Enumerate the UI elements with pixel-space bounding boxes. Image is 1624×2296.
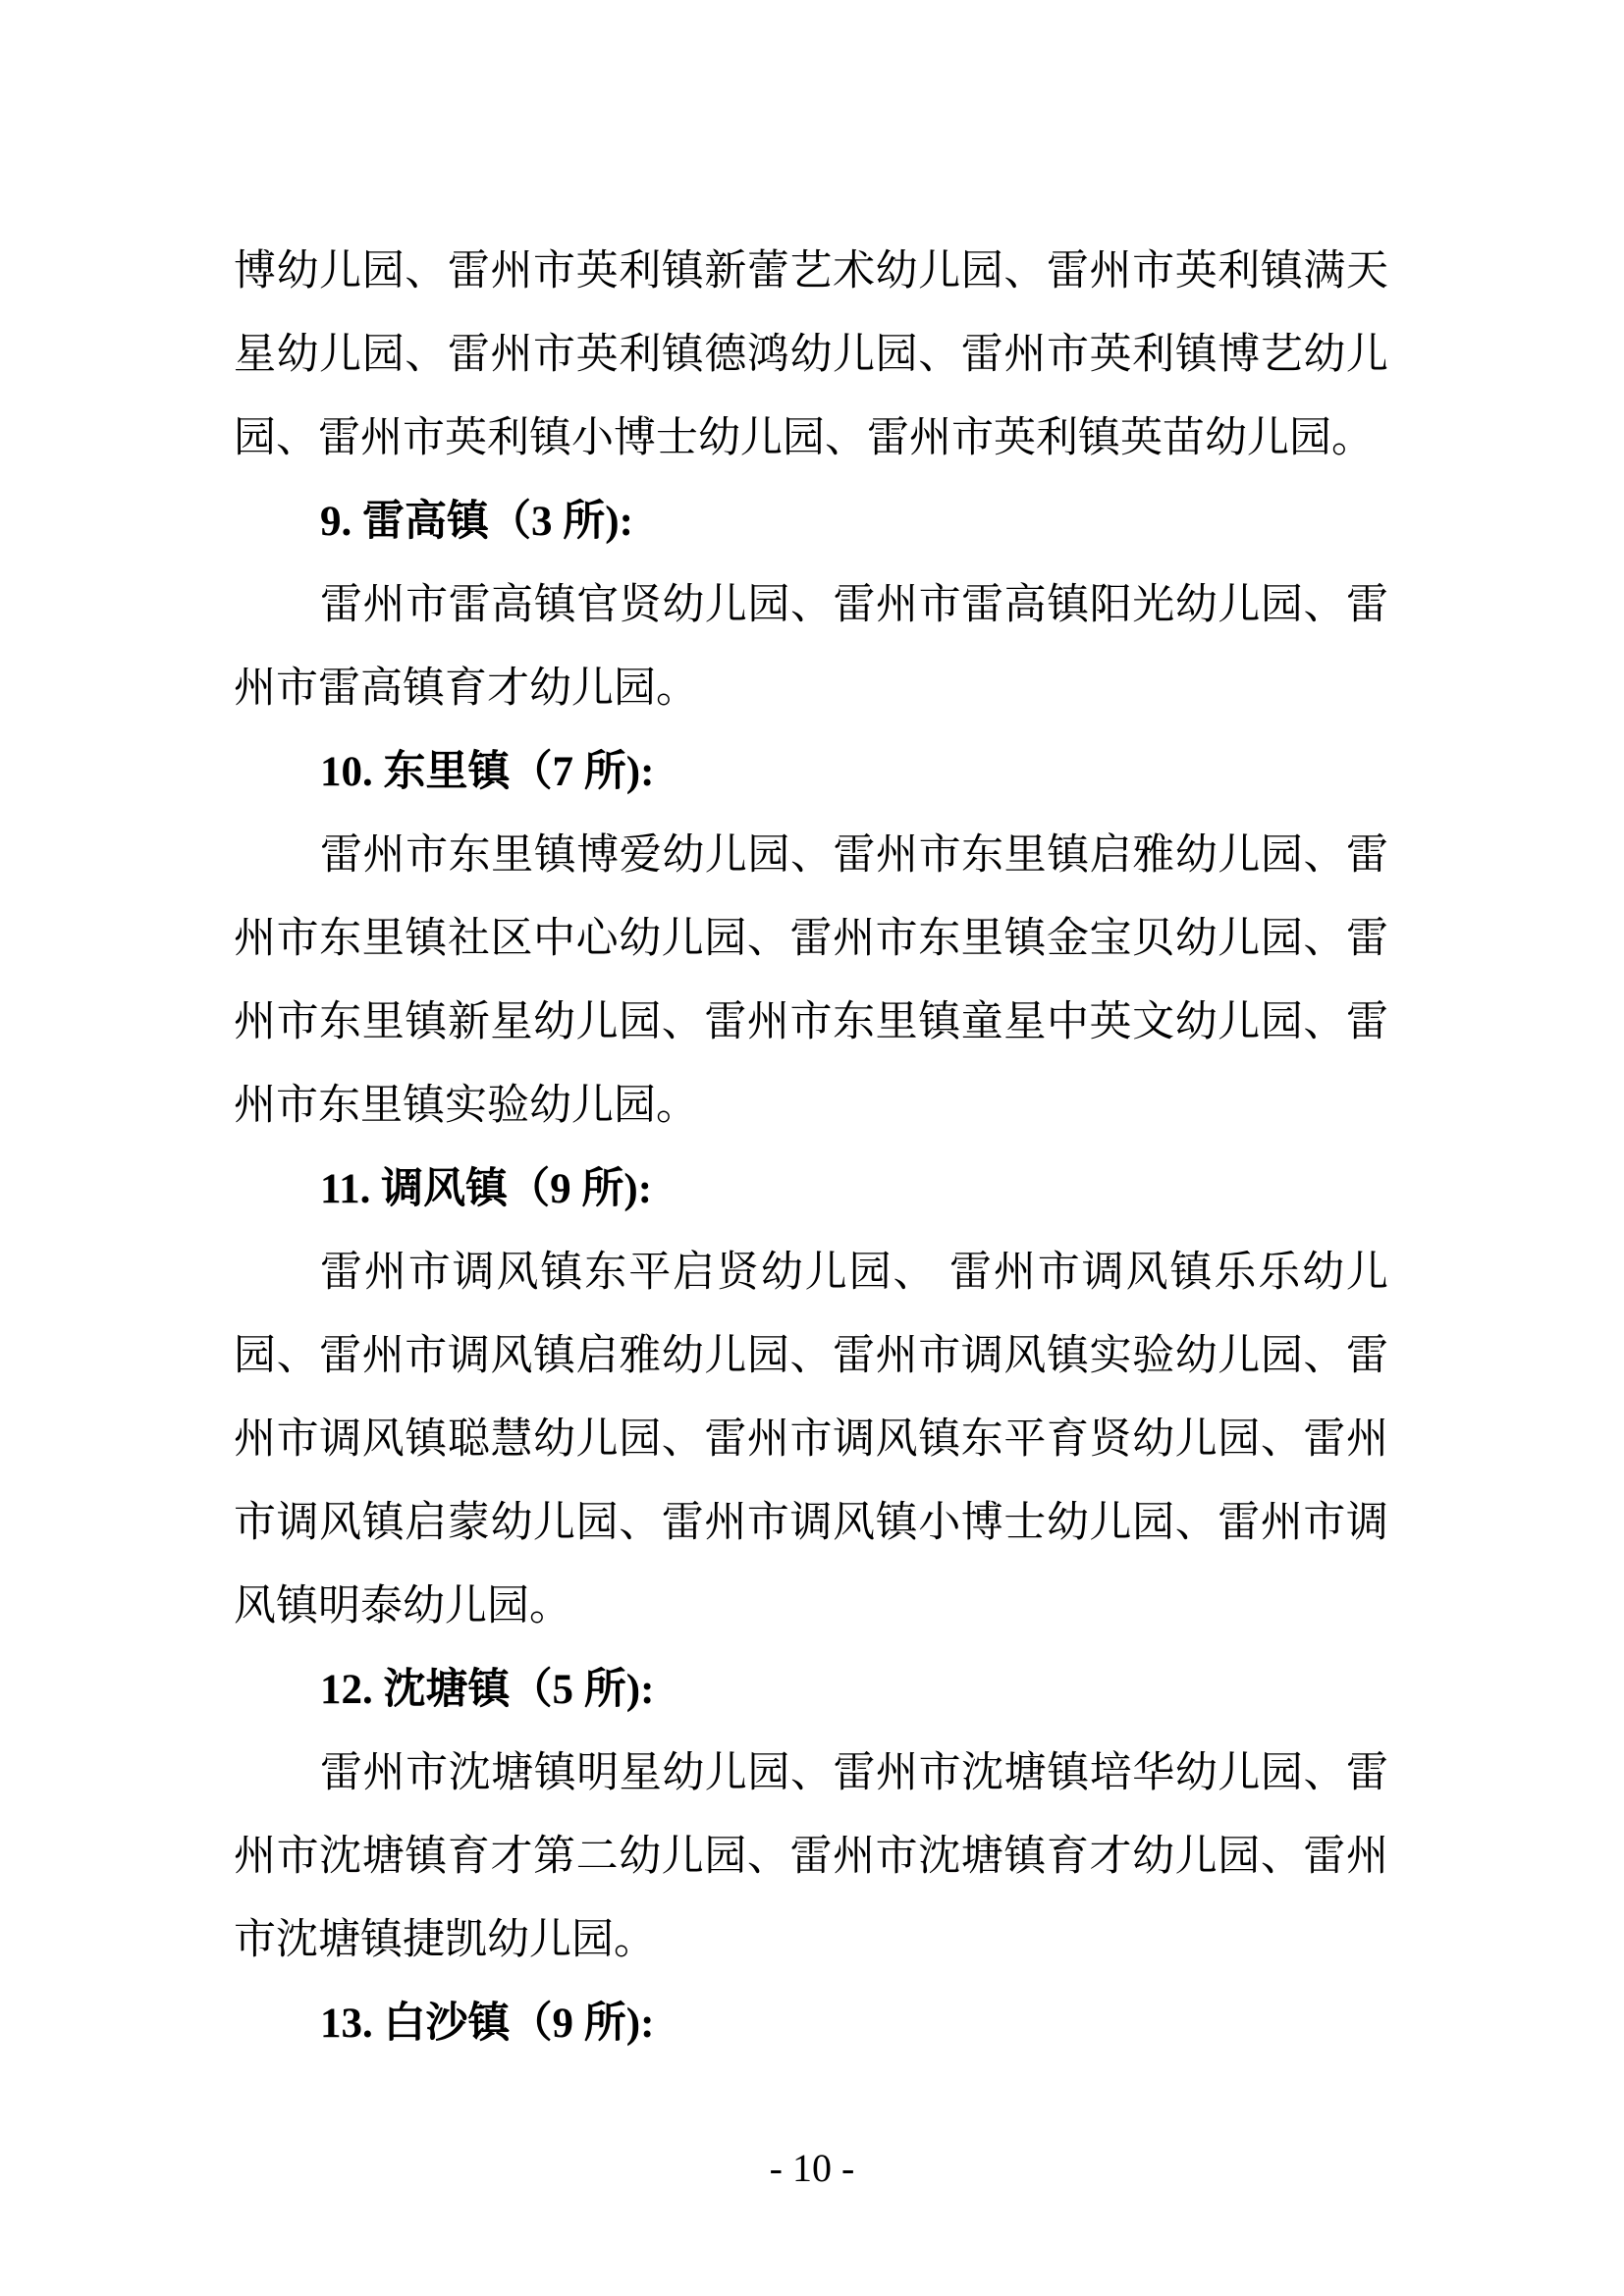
text-line: 园、雷州市调风镇启雅幼儿园、雷州市调风镇实验幼儿园、雷 [234,1314,1388,1398]
text-line: 雷州市东里镇博爱幼儿园、雷州市东里镇启雅幼儿园、雷 [234,814,1388,897]
text-line: 市沈塘镇捷凯幼儿园。 [234,1898,1388,1982]
text-block: 博幼儿园、雷州市英利镇新蕾艺术幼儿园、雷州市英利镇满天星幼儿园、雷州市英利镇德鸿… [234,230,1388,2065]
text-line: 星幼儿园、雷州市英利镇德鸿幼儿园、雷州市英利镇博艺幼儿 [234,313,1388,397]
page-number: - 10 - [0,2148,1624,2189]
text-line: 州市东里镇社区中心幼儿园、雷州市东里镇金宝贝幼儿园、雷 [234,897,1388,981]
text-line: 州市东里镇新星幼儿园、雷州市东里镇童星中英文幼儿园、雷 [234,981,1388,1064]
text-line: 风镇明泰幼儿园。 [234,1565,1388,1648]
text-line: 州市沈塘镇育才第二幼儿园、雷州市沈塘镇育才幼儿园、雷州 [234,1815,1388,1898]
text-line: 雷州市雷高镇官贤幼儿园、雷州市雷高镇阳光幼儿园、雷 [234,563,1388,647]
section-heading: 10. 东里镇（7 所): [234,730,1388,814]
text-line: 博幼儿园、雷州市英利镇新蕾艺术幼儿园、雷州市英利镇满天 [234,230,1388,313]
section-heading: 11. 调风镇（9 所): [234,1148,1388,1231]
document-page: 博幼儿园、雷州市英利镇新蕾艺术幼儿园、雷州市英利镇满天星幼儿园、雷州市英利镇德鸿… [0,0,1624,2296]
text-line: 园、雷州市英利镇小博士幼儿园、雷州市英利镇英苗幼儿园。 [234,397,1388,480]
text-line: 市调风镇启蒙幼儿园、雷州市调风镇小博士幼儿园、雷州市调 [234,1481,1388,1565]
section-heading: 13. 白沙镇（9 所): [234,1982,1388,2065]
text-line: 雷州市沈塘镇明星幼儿园、雷州市沈塘镇培华幼儿园、雷 [234,1732,1388,1815]
text-line: 州市雷高镇育才幼儿园。 [234,647,1388,730]
text-line: 州市东里镇实验幼儿园。 [234,1064,1388,1148]
text-line: 州市调风镇聪慧幼儿园、雷州市调风镇东平育贤幼儿园、雷州 [234,1398,1388,1481]
section-heading: 12. 沈塘镇（5 所): [234,1648,1388,1732]
text-line: 雷州市调风镇东平启贤幼儿园、 雷州市调风镇乐乐幼儿 [234,1231,1388,1314]
section-heading: 9. 雷高镇（3 所): [234,480,1388,563]
